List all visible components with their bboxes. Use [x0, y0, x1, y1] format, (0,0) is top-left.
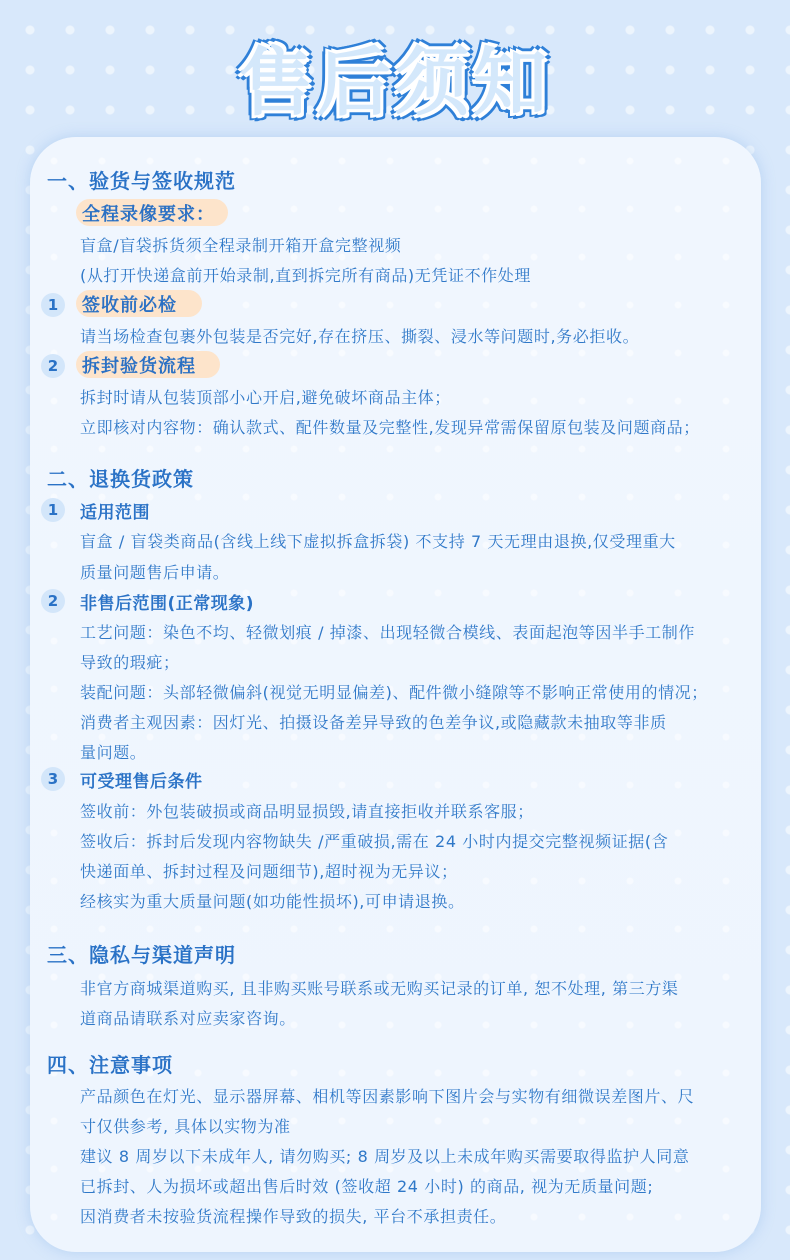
body-line: 已拆封、人为损坏或超出售后时效 (签收超 24 小时) 的商品, 视为无质量问题… [80, 1174, 653, 1197]
body-line: 立即核对内容物：确认款式、配件数量及完整性,发现异常需保留原包装及问题商品； [80, 415, 700, 438]
number-badge: 1 [41, 498, 65, 522]
body-line: 盲盒/盲袋拆货须全程录制开箱开盒完整视频 [80, 233, 401, 256]
body-line: 装配问题：头部轻微偏斜(视觉无明显偏差)、配件微小缝隙等不影响正常使用的情况； [80, 680, 708, 703]
body-line: (从打开快递盒前开始录制,直到拆完所有商品)无凭证不作处理 [80, 263, 531, 286]
body-line: 请当场检查包裹外包装是否完好,存在挤压、撕裂、浸水等问题时,务必拒收。 [80, 324, 639, 347]
highlight-label-recording: 全程录像要求： [82, 200, 215, 226]
body-line: 产品颜色在灯光、显示器屏幕、相机等因素影响下图片会与实物有细微误差图片、尺 [80, 1084, 694, 1107]
item-label-scope: 适用范围 [80, 498, 150, 523]
body-line: 盲盒 / 盲袋类商品(含线上线下虚拟拆盒拆袋) 不支持 7 天无理由退换,仅受理… [80, 529, 676, 552]
body-line: 经核实为重大质量问题(如功能性损坏),可申请退换。 [80, 889, 465, 912]
item-label-unboxing-process: 拆封验货流程 [82, 352, 196, 378]
body-line: 工艺问题：染色不均、轻微划痕 / 掉漆、出现轻微合模线、表面起泡等因半手工制作 [80, 620, 695, 643]
body-line: 道商品请联系对应卖家咨询。 [80, 1006, 296, 1029]
section-heading-notes: 四、注意事项 [47, 1049, 173, 1078]
body-line: 建议 8 周岁以下未成年人, 请勿购买; 8 周岁及以上未成年购买需要取得监护人… [80, 1144, 689, 1167]
page-title: 售后须知 [239, 24, 551, 130]
item-label-acceptable-conditions: 可受理售后条件 [80, 767, 203, 792]
body-line: 签收后：拆封后发现内容物缺失 /严重破损,需在 24 小时内提交完整视频证据(含 [80, 829, 668, 852]
section-heading-inspection: 一、验货与签收规范 [47, 165, 236, 194]
number-badge: 3 [41, 767, 65, 791]
body-line: 导致的瑕疵； [80, 650, 180, 673]
item-label-pre-sign-check: 签收前必检 [82, 291, 177, 317]
body-line: 签收前：外包装破损或商品明显损毁,请直接拒收并联系客服； [80, 799, 534, 822]
body-line: 快递面单、拆封过程及问题细节),超时视为无异议； [80, 859, 458, 882]
number-badge: 2 [41, 589, 65, 613]
section-heading-privacy: 三、隐私与渠道声明 [47, 939, 236, 968]
body-line: 非官方商城渠道购买, 且非购买账号联系或无购买记录的订单, 恕不处理, 第三方渠 [80, 976, 679, 999]
title-banner: 售后须知 [0, 22, 790, 132]
body-line: 拆封时请从包装顶部小心开启,避免破坏商品主体； [80, 385, 451, 408]
item-label-non-aftersales: 非售后范围(正常现象) [80, 589, 254, 614]
number-badge: 1 [41, 293, 65, 317]
body-line: 寸仅供参考, 具体以实物为准 [80, 1114, 291, 1137]
body-line: 消费者主观因素：因灯光、拍摄设备差异导致的色差争议,或隐藏款未抽取等非质 [80, 710, 667, 733]
number-badge: 2 [41, 354, 65, 378]
body-line: 因消费者未按验货流程操作导致的损失, 平台不承担责任。 [80, 1204, 506, 1227]
section-heading-return-policy: 二、退换货政策 [47, 463, 194, 492]
body-line: 量问题。 [80, 740, 146, 763]
body-line: 质量问题售后申请。 [80, 560, 229, 583]
